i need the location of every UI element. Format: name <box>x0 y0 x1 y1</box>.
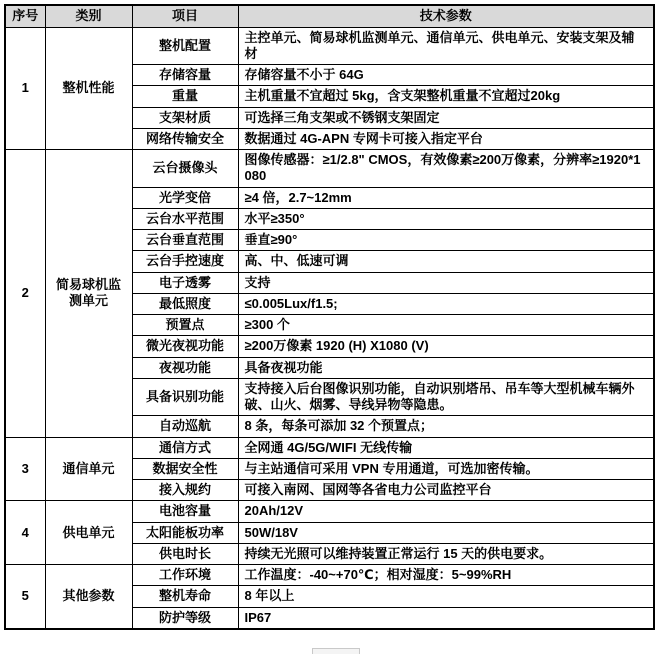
item-cell: 云台垂直范围 <box>132 230 238 251</box>
item-cell: 电池容量 <box>132 501 238 522</box>
item-cell: 云台摄像头 <box>132 150 238 188</box>
item-cell: 自动巡航 <box>132 416 238 437</box>
item-cell: 数据安全性 <box>132 458 238 479</box>
parameter-cell: 支持接入后台图像识别功能，自动识别塔吊、吊车等大型机械车辆外破、山火、烟雾、导线… <box>238 378 654 416</box>
item-cell: 预置点 <box>132 315 238 336</box>
parameter-cell: 水平≥350° <box>238 208 654 229</box>
parameter-cell: ≤0.005Lux/f1.5; <box>238 293 654 314</box>
section-category: 简易球机监测单元 <box>45 150 132 438</box>
item-cell: 整机寿命 <box>132 586 238 607</box>
table-row: 5其他参数工作环境工作温度：-40~+70℃；相对湿度：5~99%RH <box>5 565 654 586</box>
item-cell: 通信方式 <box>132 437 238 458</box>
header-cell-item: 项目 <box>132 5 238 27</box>
parameter-cell: ≥300 个 <box>238 315 654 336</box>
item-cell: 支架材质 <box>132 107 238 128</box>
item-cell: 工作环境 <box>132 565 238 586</box>
parameter-cell: 垂直≥90° <box>238 230 654 251</box>
section-category: 其他参数 <box>45 565 132 629</box>
parameter-cell: 可选择三角支架或不锈钢支架固定 <box>238 107 654 128</box>
section-number: 1 <box>5 27 45 150</box>
parameter-cell: 具备夜视功能 <box>238 357 654 378</box>
table-row: 2简易球机监测单元云台摄像头图像传感器：≥1/2.8" CMOS，有效像素≥20… <box>5 150 654 188</box>
section-number: 3 <box>5 437 45 501</box>
table-row: 4供电单元电池容量20Ah/12V <box>5 501 654 522</box>
item-cell: 云台手控速度 <box>132 251 238 272</box>
item-cell: 具备识别功能 <box>132 378 238 416</box>
table-row: 3通信单元通信方式全网通 4G/5G/WIFI 无线传输 <box>5 437 654 458</box>
parameter-cell: 支持 <box>238 272 654 293</box>
section-category: 整机性能 <box>45 27 132 150</box>
section-number: 5 <box>5 565 45 629</box>
table-header: 序号 类别 项目 技术参数 <box>5 5 654 27</box>
item-cell: 接入规约 <box>132 480 238 501</box>
parameter-cell: 主控单元、简易球机监测单元、通信单元、供电单元、安装支架及辅材 <box>238 27 654 65</box>
section-number: 4 <box>5 501 45 565</box>
parameter-cell: ≥200万像素 1920 (H) X1080 (V) <box>238 336 654 357</box>
section-category: 供电单元 <box>45 501 132 565</box>
item-cell: 网络传输安全 <box>132 128 238 149</box>
item-cell: 整机配置 <box>132 27 238 65</box>
item-cell: 夜视功能 <box>132 357 238 378</box>
item-cell: 防护等级 <box>132 607 238 629</box>
item-cell: 云台水平范围 <box>132 208 238 229</box>
item-cell: 电子透雾 <box>132 272 238 293</box>
parameter-cell: 持续无光照可以维持装置正常运行 15 天的供电要求。 <box>238 543 654 564</box>
section-category: 通信单元 <box>45 437 132 501</box>
parameter-cell: 高、中、低速可调 <box>238 251 654 272</box>
header-cell-number: 序号 <box>5 5 45 27</box>
item-cell: 存储容量 <box>132 65 238 86</box>
header-cell-category: 类别 <box>45 5 132 27</box>
page-footer-artifact <box>312 648 360 654</box>
parameter-cell: 工作温度：-40~+70℃；相对湿度：5~99%RH <box>238 565 654 586</box>
item-cell: 最低照度 <box>132 293 238 314</box>
parameter-cell: 数据通过 4G-APN 专网卡可接入指定平台 <box>238 128 654 149</box>
parameter-cell: 存储容量不小于 64G <box>238 65 654 86</box>
parameter-cell: 8 年以上 <box>238 586 654 607</box>
parameter-cell: 20Ah/12V <box>238 501 654 522</box>
item-cell: 重量 <box>132 86 238 107</box>
parameter-cell: ≥4 倍，2.7~12mm <box>238 187 654 208</box>
header-cell-parameters: 技术参数 <box>238 5 654 27</box>
parameter-cell: 全网通 4G/5G/WIFI 无线传输 <box>238 437 654 458</box>
parameter-cell: 图像传感器：≥1/2.8" CMOS，有效像素≥200万像素，分辨率≥1920*… <box>238 150 654 188</box>
item-cell: 光学变倍 <box>132 187 238 208</box>
item-cell: 微光夜视功能 <box>132 336 238 357</box>
parameter-cell: 可接入南网、国网等各省电力公司监控平台 <box>238 480 654 501</box>
parameter-cell: 8 条，每条可添加 32 个预置点； <box>238 416 654 437</box>
parameter-cell: IP67 <box>238 607 654 629</box>
section-number: 2 <box>5 150 45 438</box>
parameter-cell: 与主站通信可采用 VPN 专用通道，可选加密传输。 <box>238 458 654 479</box>
item-cell: 太阳能板功率 <box>132 522 238 543</box>
spec-table-body: 1整机性能整机配置主控单元、简易球机监测单元、通信单元、供电单元、安装支架及辅材… <box>5 27 654 629</box>
table-row: 1整机性能整机配置主控单元、简易球机监测单元、通信单元、供电单元、安装支架及辅材 <box>5 27 654 65</box>
parameter-cell: 50W/18V <box>238 522 654 543</box>
item-cell: 供电时长 <box>132 543 238 564</box>
parameter-cell: 主机重量不宜超过 5kg，含支架整机重量不宜超过20kg <box>238 86 654 107</box>
header-row: 序号 类别 项目 技术参数 <box>5 5 654 27</box>
spec-table: 序号 类别 项目 技术参数 1整机性能整机配置主控单元、简易球机监测单元、通信单… <box>4 4 655 630</box>
